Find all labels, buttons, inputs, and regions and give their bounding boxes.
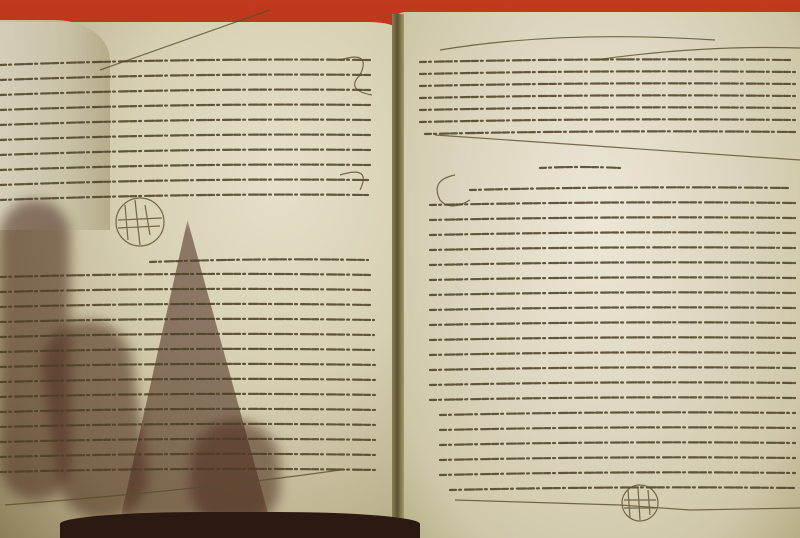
manuscript-photo xyxy=(0,0,800,538)
handwriting-lines xyxy=(0,0,800,538)
